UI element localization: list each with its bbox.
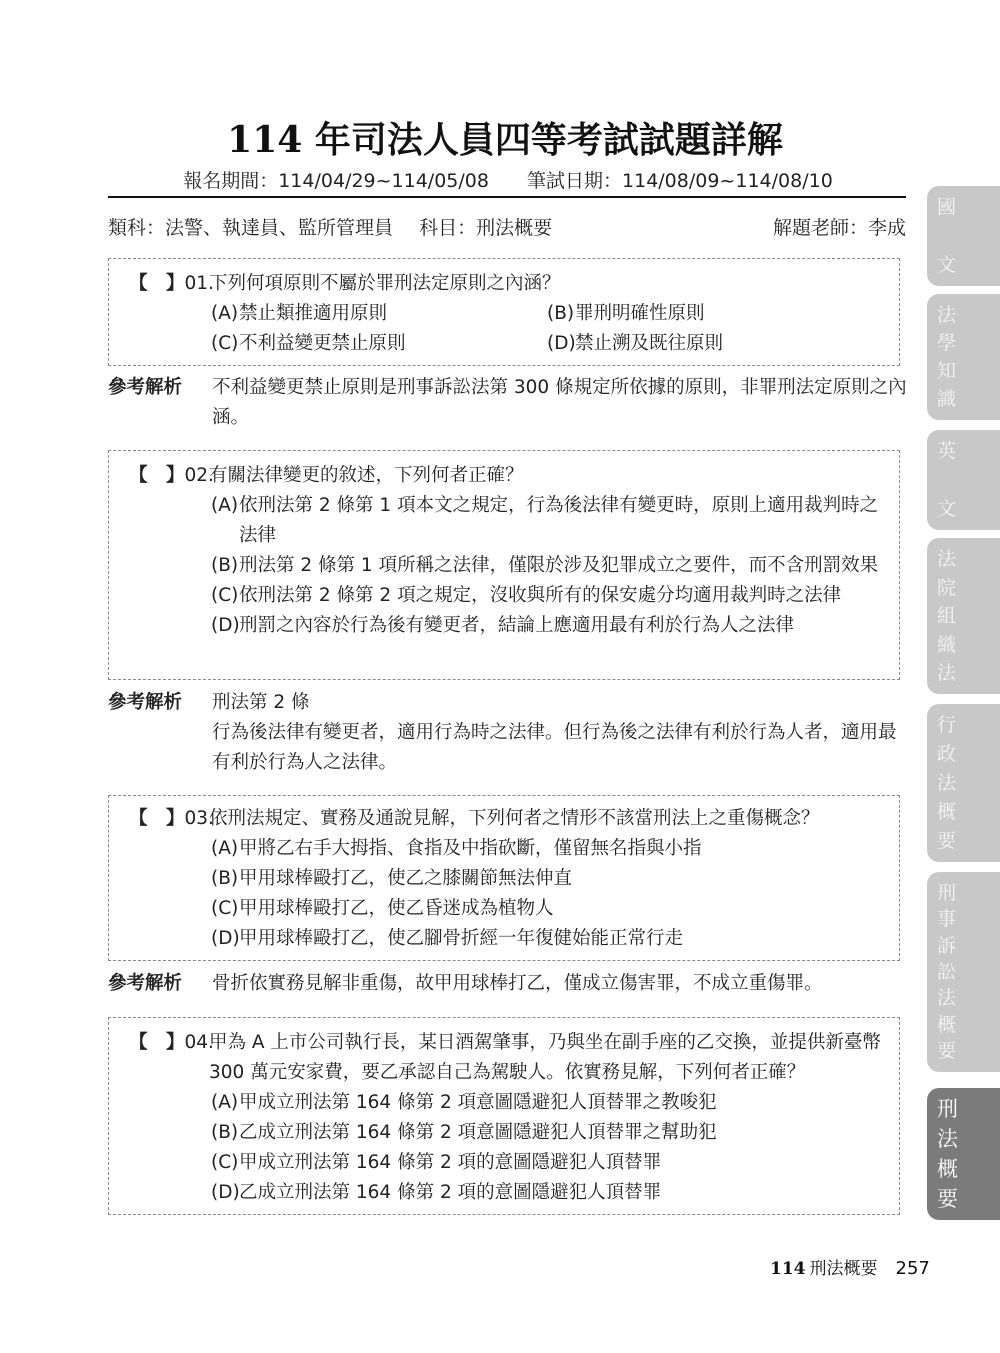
option-c: (C)甲成立刑法第 164 條第 2 項的意圖隱避犯人頂替罪	[109, 1148, 899, 1178]
page-footer: 114 刑法概要 257	[770, 1254, 930, 1279]
question-box-04: 【 】04. 甲為 A 上市公司執行長，某日酒駕肇事，乃與坐在副手座的乙交換，並…	[108, 1017, 900, 1215]
tab-chinese[interactable]: 國 文	[927, 186, 1000, 286]
option-c: (C)不利益變更禁止原則	[211, 329, 547, 359]
question-box-01: 【 】01. 下列何項原則不屬於罪刑法定原則之內涵？ (A)禁止類推適用原則 (…	[108, 258, 900, 366]
option-b: (B)乙成立刑法第 164 條第 2 項意圖隱避犯人頂替罪之幫助犯	[109, 1118, 899, 1148]
answer-bracket: 【 】	[129, 273, 185, 294]
answer-bracket: 【 】	[129, 1032, 185, 1053]
answer-02: 參考解析 刑法第 2 條 行為後法律有變更者，適用行為時之法律。但行為後之法律有…	[108, 688, 908, 778]
tab-criminal-procedure[interactable]: 刑 事 訴 訟 法 概 要	[927, 872, 1000, 1072]
tab-legal-knowledge[interactable]: 法 學 知 識	[927, 294, 1000, 420]
subject: 科目：刑法概要	[419, 217, 552, 239]
question-text: 下列何項原則不屬於罪刑法定原則之內涵？	[209, 269, 899, 299]
written-exam-dates: 筆試日期：114/08/09~114/08/10	[527, 170, 833, 192]
option-d: (D)甲用球棒毆打乙，使乙腳骨折經一年復健始能正常行走	[109, 924, 899, 954]
question-box-02: 【 】02. 有關法律變更的敘述，下列何者正確？ (A)依刑法第 2 條第 1 …	[108, 450, 900, 680]
option-c: (C)依刑法第 2 條第 2 項之規定，沒收與所有的保安處分均適用裁判時之法律	[109, 581, 899, 611]
option-a: (A)禁止類推適用原則	[211, 299, 547, 329]
answer-line: 不利益變更禁止原則是刑事訴訟法第 300 條規定所依據的原則，非罪刑法定原則之內…	[212, 373, 908, 433]
answer-line: 行為後法律有變更者，適用行為時之法律。但行為後之法律有利於行為人者，適用最有利於…	[212, 718, 908, 778]
header-rule	[108, 196, 906, 198]
registration-period: 報名期間：114/04/29~114/05/08	[183, 170, 489, 192]
exam-meta: 類科：法警、執達員、監所管理員 科目：刑法概要 解題老師：李成	[108, 213, 906, 240]
answer-header: 參考解析	[108, 688, 212, 778]
exam-dates: 報名期間：114/04/29~114/05/08 筆試日期：114/08/09~…	[108, 166, 908, 193]
answer-bracket: 【 】	[129, 465, 185, 486]
answer-03: 參考解析 骨折依實務見解非重傷，故甲用球棒打乙，僅成立傷害罪，不成立重傷罪。	[108, 969, 908, 999]
question-text: 有關法律變更的敘述，下列何者正確？	[209, 461, 899, 491]
option-d: (D)禁止溯及既往原則	[547, 329, 883, 359]
option-a: (A)甲成立刑法第 164 條第 2 項意圖隱避犯人頂替罪之教唆犯	[109, 1088, 899, 1118]
question-text: 甲為 A 上市公司執行長，某日酒駕肇事，乃與坐在副手座的乙交換，並提供新臺幣 3…	[209, 1028, 899, 1088]
footer-subject: 刑法概要	[810, 1254, 878, 1279]
category: 類科：法警、執達員、監所管理員	[108, 217, 393, 239]
option-d: (D)刑罰之內容於行為後有變更者，結論上應適用最有利於行為人之法律	[109, 611, 899, 641]
page-title: 114 年司法人員四等考試試題詳解	[0, 112, 1000, 163]
answer-line: 刑法第 2 條	[212, 688, 908, 718]
answer-header: 參考解析	[108, 373, 212, 433]
option-c: (C)甲用球棒毆打乙，使乙昏迷成為植物人	[109, 894, 899, 924]
option-b: (B)甲用球棒毆打乙，使乙之膝關節無法伸直	[109, 864, 899, 894]
tab-criminal-law[interactable]: 刑 法 概 要	[927, 1088, 1000, 1220]
option-a: (A)甲將乙右手大拇指、食指及中指砍斷，僅留無名指與小指	[109, 834, 899, 864]
page-number: 257	[896, 1258, 930, 1279]
option-b: (B)罪刑明確性原則	[547, 299, 883, 329]
question-box-03: 【 】03. 依刑法規定、實務及通說見解，下列何者之情形不該當刑法上之重傷概念？…	[108, 795, 900, 961]
answer-bracket: 【 】	[129, 808, 185, 829]
tab-court-organization-law[interactable]: 法 院 組 織 法	[927, 538, 1000, 694]
option-b: (B)刑法第 2 條第 1 項所稱之法律，僅限於涉及犯罪成立之要件，而不含刑罰效…	[109, 551, 899, 581]
question-text: 依刑法規定、實務及通說見解，下列何者之情形不該當刑法上之重傷概念？	[209, 804, 899, 834]
answer-line: 骨折依實務見解非重傷，故甲用球棒打乙，僅成立傷害罪，不成立重傷罪。	[212, 969, 908, 999]
answer-01: 參考解析 不利益變更禁止原則是刑事訴訟法第 300 條規定所依據的原則，非罪刑法…	[108, 373, 908, 433]
option-a: (A)依刑法第 2 條第 1 項本文之規定，行為後法律有變更時，原則上適用裁判時…	[109, 491, 899, 551]
tab-administrative-law[interactable]: 行 政 法 概 要	[927, 704, 1000, 862]
option-d: (D)乙成立刑法第 164 條第 2 項的意圖隱避犯人頂替罪	[109, 1178, 899, 1208]
teacher: 解題老師：李成	[773, 213, 906, 240]
answer-header: 參考解析	[108, 969, 212, 999]
footer-year: 114	[770, 1259, 806, 1279]
tab-english[interactable]: 英 文	[927, 430, 1000, 530]
